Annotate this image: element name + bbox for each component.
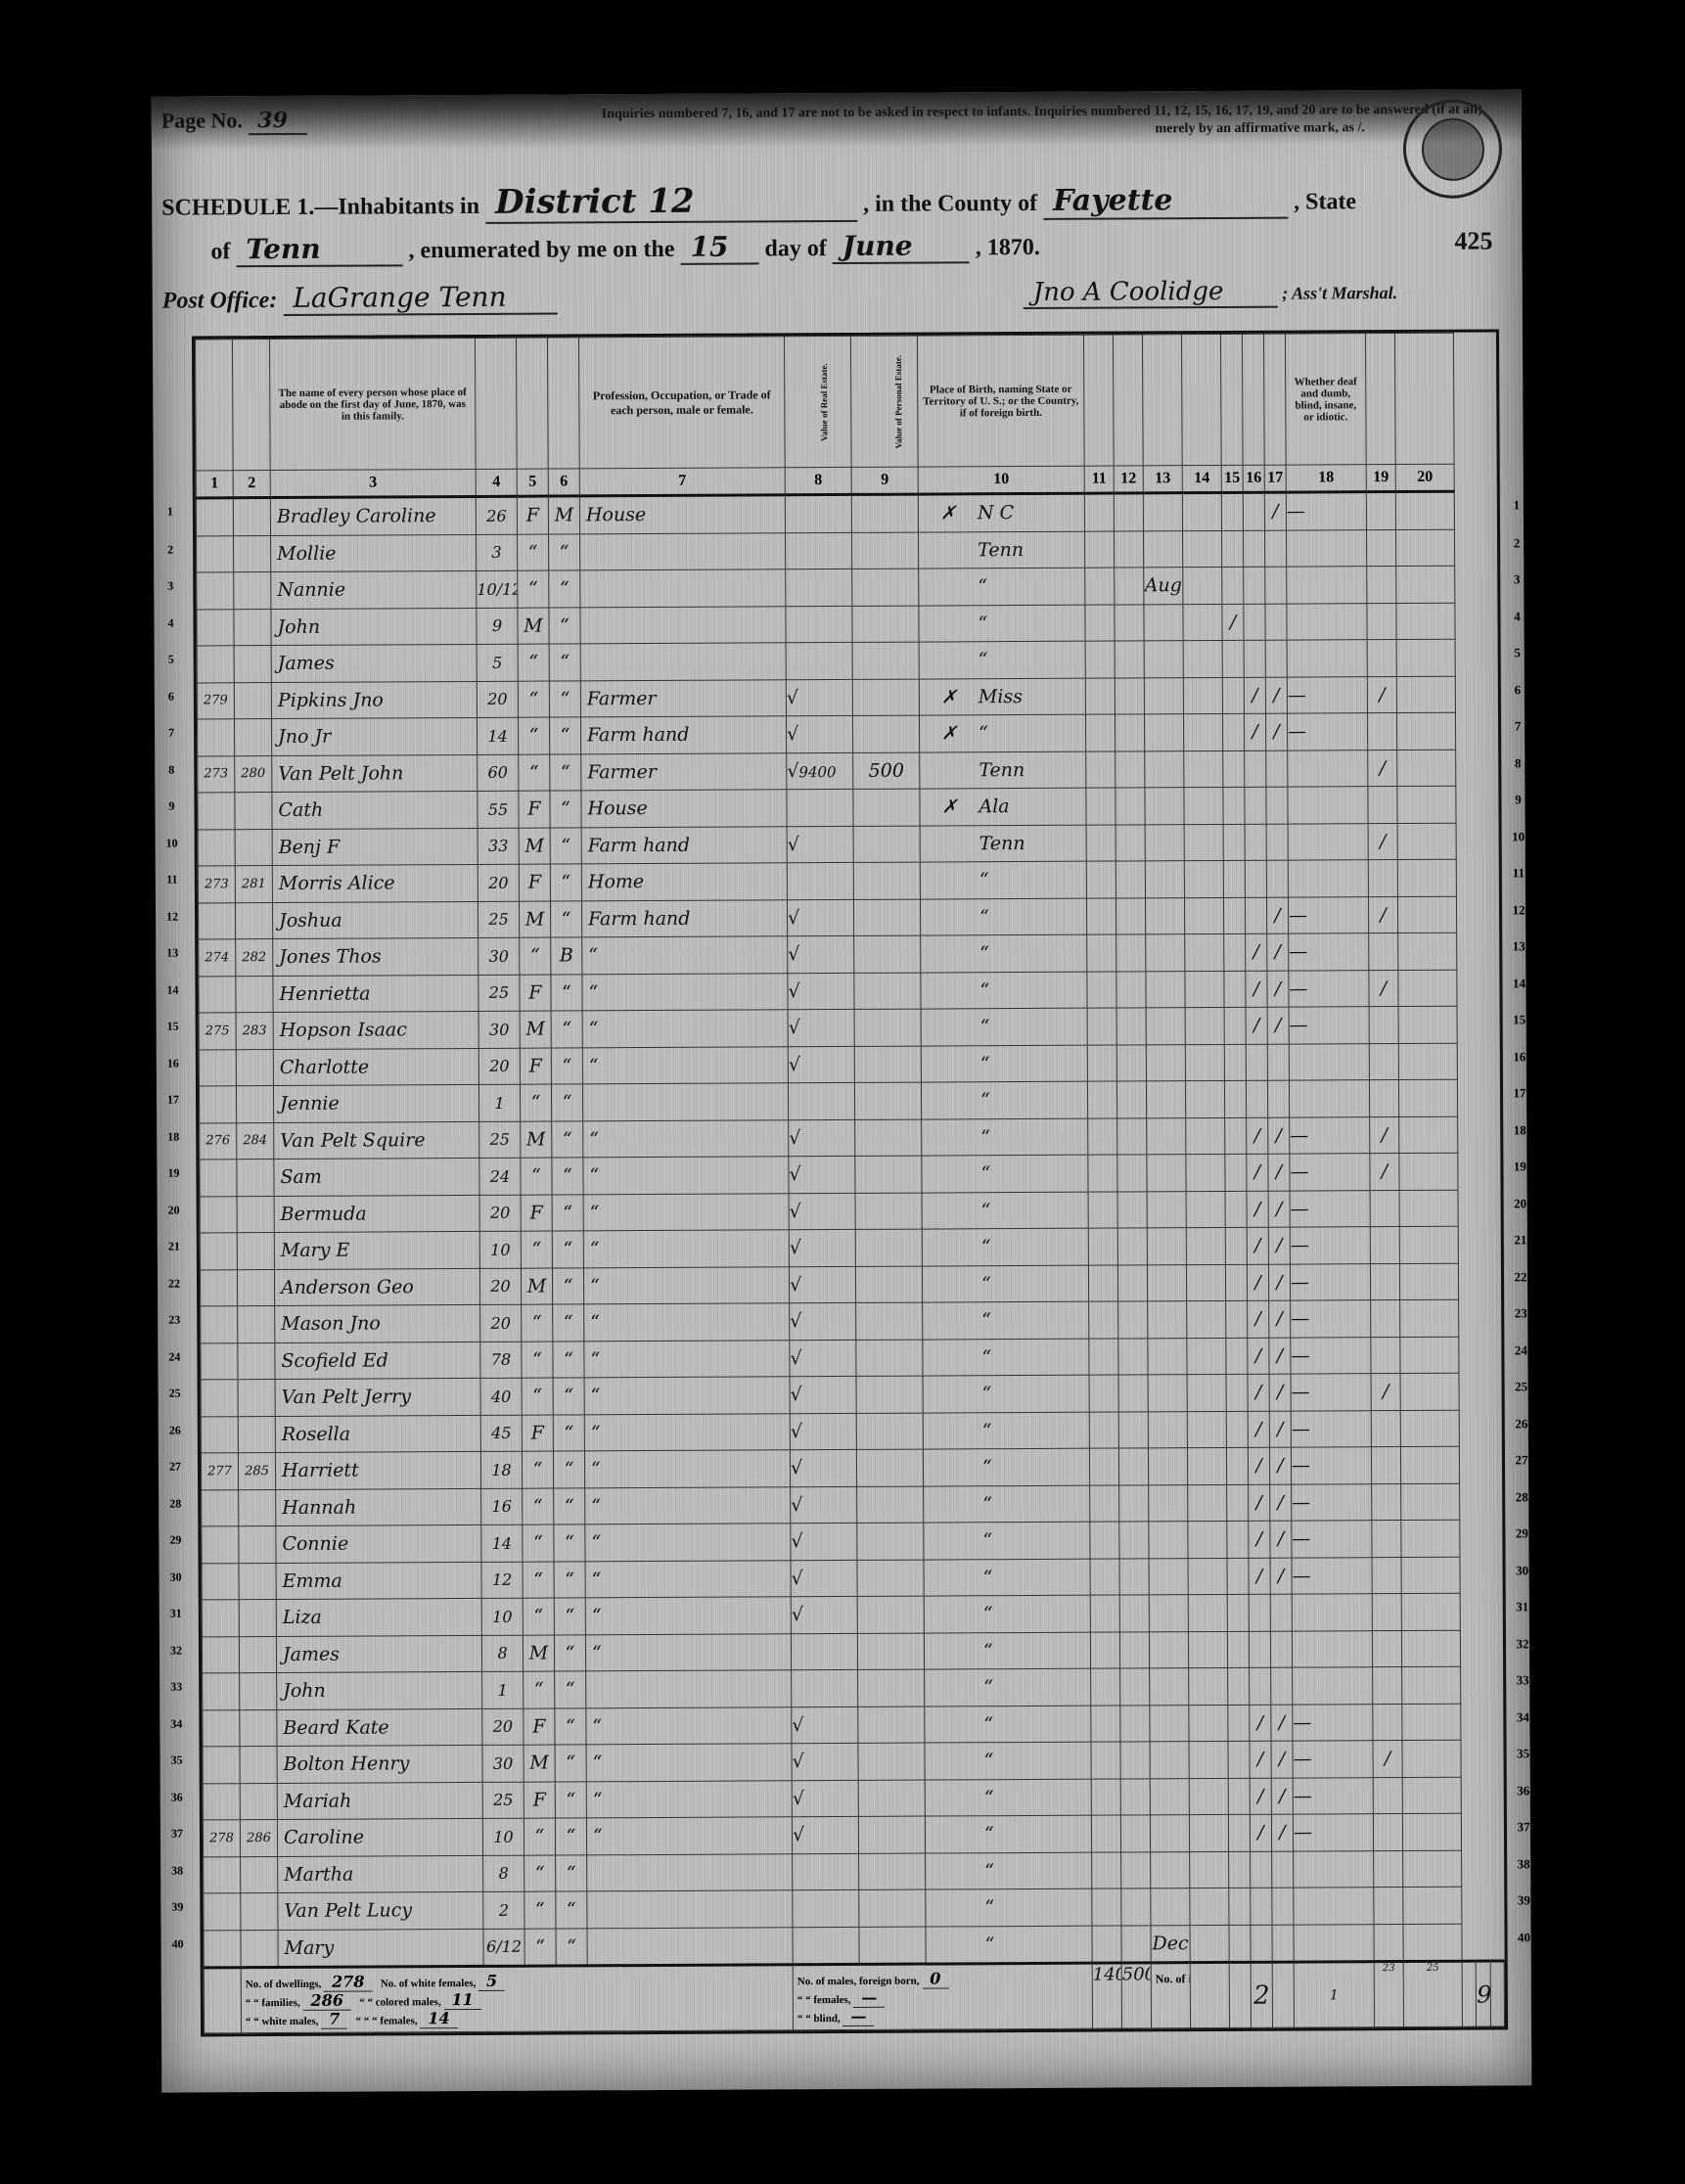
dwelling-number (196, 498, 233, 536)
born-month (1146, 934, 1185, 972)
check-mark-icon: √ (789, 1127, 800, 1149)
line-number-right: 26 (1509, 1416, 1534, 1432)
born-month (1145, 897, 1184, 934)
state-field: Tenn (236, 232, 402, 267)
dwelling-number: 276 (200, 1122, 237, 1160)
mother-foreign (1118, 1448, 1148, 1485)
occupation: “ (586, 1817, 792, 1855)
color: “ (552, 1231, 583, 1268)
age: 30 (478, 937, 520, 975)
marshal-signature: Jno A Coolidge (1024, 277, 1278, 309)
born-month (1149, 1631, 1188, 1668)
line-number-right: 13 (1506, 938, 1531, 954)
married-month (1183, 677, 1222, 714)
family-number: 283 (236, 1013, 273, 1050)
mother-foreign (1117, 1155, 1147, 1192)
column-number: 3 (270, 469, 476, 497)
male-citizen: / (1369, 970, 1398, 1007)
check-mark-icon: √ (790, 1347, 801, 1369)
cannot-write: / (1264, 492, 1286, 530)
summary-row: No. of dwellings, 278 No. of white femal… (204, 1961, 1504, 2033)
line-number-right: 22 (1508, 1269, 1533, 1285)
dwelling-number (198, 793, 235, 830)
mother-foreign (1118, 1375, 1148, 1412)
person-name: Scofield Ed (275, 1342, 480, 1380)
real-estate-mark: √ (789, 1193, 855, 1230)
married-month (1186, 1264, 1225, 1301)
sex: M (518, 608, 549, 645)
color: “ (554, 1598, 585, 1635)
cannot-read: / (1247, 1154, 1268, 1191)
sex: “ (521, 1231, 552, 1268)
father-foreign (1086, 751, 1116, 789)
line-number-left: 4 (159, 616, 181, 631)
col13-total: 2 (1251, 1962, 1272, 2027)
check-mark-icon: √ (793, 1788, 804, 1809)
vote-denied (1398, 970, 1457, 1007)
color: “ (552, 1120, 583, 1158)
dwelling-number (200, 1269, 237, 1306)
occupation: “ (584, 1377, 790, 1415)
cannot-write: / (1271, 1814, 1293, 1851)
father-foreign (1084, 493, 1114, 531)
occupation (587, 1927, 793, 1966)
male-citizen (1371, 1447, 1400, 1484)
infirmity (1288, 823, 1368, 860)
attended-school (1228, 1705, 1250, 1742)
dwelling-number (199, 1086, 236, 1123)
birthplace: “ (923, 1375, 1089, 1412)
cannot-read: / (1249, 1521, 1270, 1558)
personal-estate (853, 862, 920, 899)
line-number-left: 6 (160, 690, 182, 705)
cannot-write (1265, 567, 1287, 604)
vote-denied (1400, 1299, 1459, 1337)
vote-denied (1397, 823, 1456, 860)
col19-total: 9 (1476, 1961, 1490, 2026)
infirmity: — (1290, 1154, 1370, 1191)
cannot-write (1265, 604, 1287, 641)
born-month (1144, 641, 1183, 678)
age: 8 (481, 1635, 523, 1672)
vote-denied (1398, 933, 1457, 970)
personal-estate (853, 826, 920, 863)
person-name: John (277, 1671, 482, 1709)
personal-estate (852, 679, 919, 716)
line-number-right: 40 (1511, 1930, 1536, 1945)
occupation (587, 1853, 793, 1891)
infirmity: — (1289, 970, 1369, 1007)
line-number-left: 35 (166, 1753, 188, 1768)
personal-estate (854, 1009, 921, 1046)
occupation (580, 569, 786, 608)
male-citizen (1373, 1704, 1402, 1741)
col16-total: 23 (1374, 1962, 1403, 2027)
mother-foreign (1116, 1081, 1146, 1118)
color: “ (550, 864, 581, 901)
header-real-estate: Value of Real Estate. (784, 336, 851, 467)
father-foreign (1091, 1815, 1120, 1852)
mother-foreign (1115, 714, 1144, 751)
vote-denied (1401, 1593, 1460, 1630)
family-number (236, 976, 273, 1013)
real-estate-mark: √ (788, 1046, 854, 1083)
infirmity: — (1293, 1814, 1373, 1851)
sex: “ (524, 1891, 556, 1929)
check-mark-icon: √ (788, 943, 799, 965)
mother-foreign (1119, 1595, 1149, 1632)
cannot-write (1270, 1631, 1292, 1668)
sex: F (524, 1782, 555, 1819)
attended-school (1227, 1558, 1249, 1595)
male-citizen: / (1371, 1374, 1400, 1411)
of-label: of (210, 239, 230, 264)
cannot-write: / (1269, 1411, 1291, 1448)
personal-estate (857, 1560, 924, 1597)
real-estate-mark: √ (792, 1743, 858, 1780)
father-foreign (1085, 531, 1115, 569)
line-number-left: 36 (166, 1791, 188, 1805)
header-male-citizens: Male Citizens of U. S. of 21 years of ag… (1365, 334, 1395, 465)
line-number-right: 39 (1511, 1892, 1536, 1908)
male-citizen (1369, 933, 1398, 971)
male-citizen (1372, 1483, 1401, 1521)
color: “ (553, 1304, 584, 1342)
real-estate-mark (793, 1853, 859, 1890)
family-number (234, 572, 271, 610)
cannot-write (1267, 1080, 1289, 1117)
check-mark-icon: √ (787, 687, 798, 708)
born-month (1151, 1851, 1190, 1888)
line-number-right: 9 (1505, 792, 1530, 807)
married-month (1185, 1044, 1224, 1081)
color: “ (549, 680, 580, 717)
male-citizen (1370, 1227, 1399, 1264)
family-number: 284 (237, 1122, 274, 1160)
header-infirmity: Whether deaf and dumb, blind, insane, or… (1285, 334, 1366, 465)
person-name: Cath (272, 791, 478, 829)
cannot-read: / (1246, 971, 1267, 1008)
vote-denied (1397, 750, 1456, 787)
cannot-write: / (1268, 1264, 1290, 1301)
real-estate-mark: √ (788, 973, 854, 1010)
line-number-left: 33 (165, 1680, 187, 1695)
line-number-left: 28 (164, 1497, 186, 1512)
married-month (1185, 1080, 1224, 1117)
age: 24 (479, 1158, 521, 1195)
personal-estate (856, 1302, 923, 1340)
line-number-right: 10 (1506, 829, 1531, 844)
real-estate-mark: √ (790, 1413, 856, 1450)
mother-foreign (1117, 1228, 1147, 1265)
mother-foreign (1116, 934, 1146, 972)
male-citizen (1371, 1300, 1400, 1338)
color: “ (555, 1745, 586, 1782)
dwelling-number (204, 1893, 241, 1931)
father-foreign (1087, 934, 1116, 972)
male-citizen (1373, 1777, 1402, 1814)
married-month (1188, 1521, 1227, 1558)
cannot-write (1272, 1888, 1294, 1925)
line-number-right: 5 (1505, 645, 1530, 660)
dwelling-number (203, 1673, 240, 1710)
birthplace: Tenn (919, 531, 1085, 569)
married-month (1188, 1558, 1227, 1595)
schedule-line: SCHEDULE 1.—Inhabitants in District 12 ,… (161, 178, 1356, 225)
line-number-left: 16 (162, 1057, 184, 1071)
family-number (233, 498, 270, 536)
infirmity: — (1286, 492, 1366, 530)
dwelling-number (202, 1526, 239, 1564)
birthplace: Tenn (920, 751, 1086, 789)
married-month (1185, 1007, 1224, 1044)
color: “ (554, 1561, 585, 1598)
occupation: Farmer (581, 752, 787, 791)
family-number: 281 (235, 866, 272, 903)
occupation: Home (581, 863, 787, 901)
check-mark-icon: √ (791, 1384, 802, 1405)
dwellings-count: 278 (324, 1973, 373, 1992)
person-name: Van Pelt Lucy (278, 1891, 483, 1930)
dwelling-number: 279 (197, 682, 234, 719)
cannot-read (1249, 1594, 1270, 1631)
occupation (587, 1890, 793, 1929)
married-month (1183, 530, 1222, 568)
family-number (239, 1489, 276, 1526)
attended-school (1225, 1227, 1247, 1264)
occupation (580, 532, 786, 570)
family-number (236, 1049, 273, 1086)
page-number-line: Page No. 39 (161, 108, 307, 136)
birthplace: “ (924, 1595, 1090, 1632)
cannot-read (1244, 567, 1265, 604)
birthplace: ✗Miss (919, 678, 1085, 715)
infirmity (1294, 1888, 1374, 1925)
person-name: Mariah (277, 1782, 482, 1820)
dwelling-number (202, 1600, 239, 1637)
father-foreign (1090, 1595, 1119, 1632)
infirmity (1289, 1043, 1369, 1080)
vote-denied (1403, 1924, 1462, 1962)
vote-denied (1396, 603, 1455, 640)
occupation (580, 606, 786, 644)
infirmity (1292, 1594, 1372, 1631)
attended-school (1223, 897, 1245, 934)
infirmity: — (1291, 1410, 1371, 1447)
infirmity: — (1292, 1483, 1372, 1521)
married-month (1183, 640, 1222, 677)
married-month (1187, 1374, 1226, 1411)
cannot-write: / (1265, 713, 1287, 751)
born-month (1150, 1815, 1189, 1852)
line-number-left: 32 (165, 1644, 187, 1659)
vote-denied (1399, 1190, 1458, 1227)
dwelling-number (200, 1196, 237, 1233)
stamped-page-number: 425 (1454, 227, 1492, 256)
vote-denied (1401, 1557, 1460, 1594)
color: “ (550, 753, 581, 791)
person-name: Jennie (273, 1084, 478, 1122)
sex: M (521, 1268, 552, 1305)
line-number-left: 29 (164, 1533, 186, 1548)
age: 2 (483, 1891, 524, 1929)
male-citizen: / (1368, 750, 1397, 787)
cannot-write (1272, 1851, 1294, 1888)
age: 55 (478, 791, 519, 828)
father-foreign (1088, 1228, 1117, 1265)
cannot-write: / (1270, 1484, 1292, 1522)
line-number-left: 9 (160, 799, 182, 814)
cannot-write: / (1269, 1447, 1291, 1484)
sex: “ (523, 1562, 554, 1599)
attended-school (1225, 1191, 1247, 1228)
cannot-read (1250, 1667, 1271, 1705)
cannot-read (1245, 824, 1266, 861)
family-number (238, 1380, 275, 1417)
column-number: 19 (1366, 465, 1395, 492)
line-number-left: 19 (162, 1166, 184, 1181)
personal-estate (859, 1889, 926, 1927)
color: “ (549, 607, 580, 644)
born-month (1148, 1375, 1187, 1412)
mother-foreign (1115, 604, 1144, 641)
month-field: June (833, 229, 970, 264)
line-number-left: 26 (164, 1424, 186, 1438)
born-month (1150, 1778, 1189, 1815)
line-number-left: 21 (163, 1240, 185, 1254)
vote-denied (1399, 1116, 1458, 1154)
cannot-read: / (1250, 1814, 1271, 1851)
age: 14 (481, 1524, 523, 1562)
person-name: Charlotte (273, 1048, 478, 1086)
attended-school (1223, 751, 1245, 788)
born-month (1147, 1155, 1186, 1192)
real-estate-mark (785, 494, 851, 532)
sex: “ (518, 644, 549, 681)
age: 12 (481, 1562, 523, 1599)
infirmity (1294, 1850, 1374, 1888)
attended-school (1226, 1411, 1248, 1448)
personal-estate (858, 1706, 925, 1744)
color: “ (551, 1047, 582, 1084)
sex: “ (523, 1524, 554, 1562)
age: 20 (478, 864, 519, 901)
check-mark-icon: √ (792, 1604, 803, 1625)
cannot-read: / (1247, 1191, 1268, 1228)
occupation: Farm hand (581, 899, 787, 937)
dwelling-number (198, 902, 235, 939)
age: 10 (479, 1231, 521, 1268)
sex: M (519, 828, 550, 865)
real-estate-mark: √ (791, 1523, 857, 1560)
dwelling-number (200, 1160, 237, 1197)
total-personal-estate: 500 (1121, 1963, 1151, 2028)
dwelling-number (197, 535, 234, 572)
born-month (1146, 1008, 1185, 1045)
married-month (1186, 1191, 1225, 1228)
born-month (1148, 1338, 1187, 1375)
person-name: Liza (276, 1598, 481, 1636)
person-name: Pipkins Jno (271, 681, 477, 719)
line-number-right: 32 (1510, 1636, 1535, 1652)
real-estate-mark (786, 569, 852, 606)
page-number: 39 (248, 108, 306, 135)
insane-summary: No. of insane, 0 (1151, 1963, 1190, 2028)
infirmity: — (1293, 1777, 1373, 1814)
cannot-read: / (1248, 1338, 1269, 1375)
real-estate-mark: √ (792, 1780, 858, 1817)
attended-school (1224, 933, 1246, 971)
vote-denied (1401, 1520, 1460, 1557)
occupation: “ (583, 1230, 789, 1268)
male-citizen (1371, 1410, 1400, 1447)
attended-school (1223, 787, 1245, 824)
infirmity: — (1293, 1704, 1373, 1741)
color: “ (552, 1158, 583, 1195)
born-month (1144, 677, 1183, 714)
real-estate-mark: √ (789, 1229, 855, 1266)
cannot-read (1249, 1631, 1270, 1668)
color: “ (549, 533, 580, 570)
occupation: “ (582, 973, 788, 1011)
family-number (237, 1160, 274, 1197)
mother-foreign (1120, 1668, 1150, 1706)
father-foreign (1089, 1375, 1118, 1412)
personal-estate (854, 1082, 921, 1119)
color: “ (556, 1854, 587, 1891)
color: “ (555, 1781, 586, 1818)
county-field: Fayette (1043, 183, 1288, 220)
age: 14 (477, 717, 518, 754)
line-number-right: 6 (1505, 682, 1530, 698)
check-mark-icon: √ (791, 1530, 802, 1552)
personal-estate (857, 1596, 924, 1633)
line-number-left: 30 (165, 1570, 187, 1585)
birthplace: “ (919, 641, 1085, 678)
father-foreign (1089, 1339, 1118, 1376)
sex: “ (518, 570, 549, 608)
mother-foreign (1114, 493, 1143, 531)
personal-estate (858, 1816, 925, 1853)
line-number-left: 2 (159, 543, 181, 558)
cannot-write: / (1267, 971, 1289, 1008)
born-month (1145, 788, 1184, 825)
attended-school (1226, 1338, 1248, 1375)
district-field: District 12 (485, 181, 857, 224)
column-number: 2 (233, 471, 270, 498)
line-number-left: 12 (161, 910, 183, 925)
vote-denied (1403, 1850, 1462, 1888)
born-month (1150, 1705, 1189, 1742)
age: 30 (478, 1011, 520, 1048)
age: 1 (482, 1671, 524, 1708)
personal-estate (852, 606, 919, 643)
marshal-line: Jno A Coolidge ; Ass't Marshal. (1024, 276, 1398, 309)
color: “ (549, 717, 580, 754)
color: B (551, 937, 582, 975)
family-number (236, 1086, 273, 1123)
occupation: “ (584, 1450, 790, 1488)
married-month (1186, 1117, 1225, 1155)
line-number-left: 25 (164, 1387, 186, 1401)
sex: F (524, 1708, 555, 1746)
column-number: 16 (1243, 465, 1264, 492)
cannot-read: / (1244, 713, 1265, 751)
line-number-right: 16 (1507, 1049, 1532, 1065)
sex: “ (522, 1451, 553, 1488)
male-citizen (1373, 1814, 1402, 1851)
family-number (234, 609, 271, 646)
